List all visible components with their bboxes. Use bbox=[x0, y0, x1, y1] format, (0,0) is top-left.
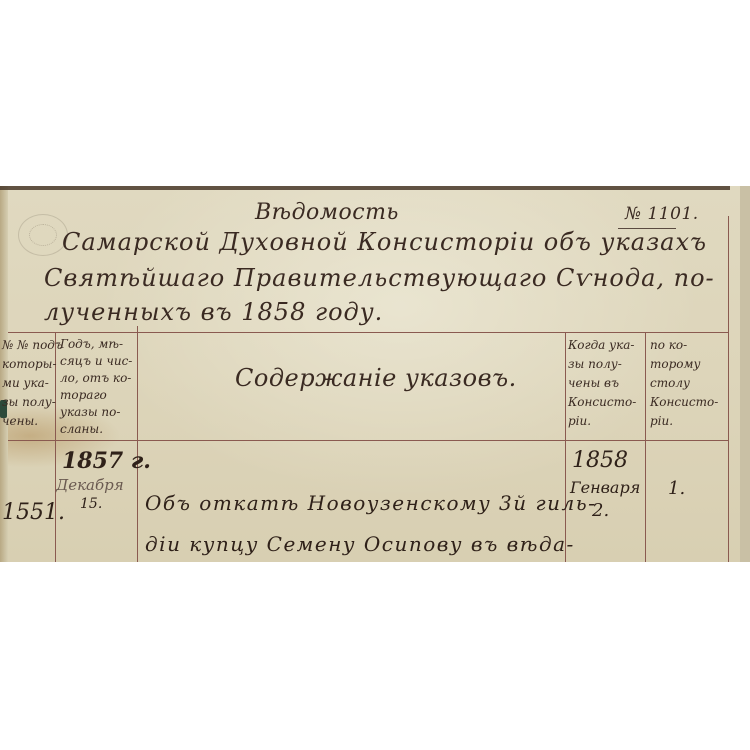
content-line-1: Объ откатѣ Новоузенскому 3й гиль- bbox=[145, 491, 596, 515]
sent-month: Декабря bbox=[56, 476, 124, 494]
doc-title-line-4: лученныхъ въ 1858 году. bbox=[44, 298, 383, 326]
column-header-sent-date: Годъ, мѣ- сяцъ и чис- ло, отъ ко- тораго… bbox=[60, 336, 132, 438]
column-divider bbox=[645, 332, 646, 562]
column-header-received-date: Когда ука- зы полу- чены въ Консисто- рі… bbox=[568, 336, 636, 431]
column-divider bbox=[137, 326, 138, 562]
row-number: 1551. bbox=[2, 500, 65, 525]
adjacent-page-edge bbox=[740, 186, 750, 562]
received-year: 1858 bbox=[572, 448, 628, 473]
paper-sheet: Вѣдомость № 1101. Самарской Духовной Кон… bbox=[0, 186, 740, 562]
desk-number: 1. bbox=[668, 478, 685, 499]
doc-title-line-2: Самарской Духовной Консисторіи объ указа… bbox=[62, 228, 707, 256]
table-top-rule bbox=[8, 332, 728, 333]
header-bottom-rule bbox=[8, 440, 728, 441]
doc-title-line-3: Святѣйшаго Правительствующаго Сѵнода, по… bbox=[44, 264, 715, 292]
column-header-desk: по ко- торому столу Консисто- ріи. bbox=[650, 336, 718, 431]
received-day: 2. bbox=[592, 500, 609, 521]
column-header-content: Содержаніе указовъ. bbox=[235, 364, 517, 392]
table-right-rule bbox=[728, 216, 729, 562]
document-photo: Вѣдомость № 1101. Самарской Духовной Кон… bbox=[0, 186, 750, 562]
sent-year: 1857 г. bbox=[62, 448, 151, 474]
sent-day: 15. bbox=[80, 496, 102, 512]
seal-stamp bbox=[18, 214, 68, 256]
column-divider bbox=[565, 332, 566, 562]
page-top-edge bbox=[0, 186, 730, 190]
doc-title: Вѣдомость bbox=[255, 200, 399, 225]
column-header-number: № № подъ которы- ми ука- зы полу- чены. bbox=[2, 336, 63, 431]
content-line-2: діи купцу Семену Осипову въ вѣда- bbox=[145, 532, 575, 556]
received-month: Генваря bbox=[570, 478, 640, 497]
doc-number: № 1101. bbox=[625, 204, 699, 224]
